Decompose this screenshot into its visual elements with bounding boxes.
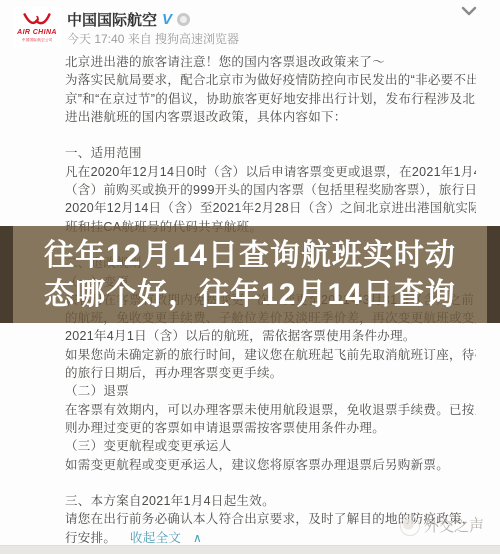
air-china-phoenix-icon <box>22 13 52 29</box>
banner-line-2: 态哪个好，往年12月14日查询 <box>44 275 456 314</box>
post-text-line: （含）前购买或换开的999开头的国内客票（包括里程奖励客票），旅行日期为 <box>65 181 476 199</box>
overlay-title-banner: 往年12月14日查询航班实时动 态哪个好，往年12月14日查询 <box>0 226 500 323</box>
avatar[interactable]: AIR CHINA 中国国际航空公司 <box>13 7 61 47</box>
post-text-line: 的旅行日期后，再办理客票变更手续。 <box>65 364 476 382</box>
banner-line-1: 往年12月14日查询航班实时动 <box>44 236 456 275</box>
verified-badge-icon[interactable]: V <box>162 11 172 28</box>
bottom-divider <box>0 545 500 554</box>
post-text-line: 三、本方案自2021年1月4日起生效。 <box>65 492 476 510</box>
post-text-line: 进出港航班的国内客票退改政策，具体内容如下： <box>65 108 476 126</box>
post-text-line: 一、适用范围 <box>65 144 476 162</box>
post-text-line <box>65 474 476 492</box>
post-text-line: 2020年12月14日（含）至2021年2月28日（含）之间北京进出港国航实际承… <box>65 199 476 217</box>
post-text-line: 京”和“在京过节”的倡议，协助旅客更好地安排出行计划，发布行程涉及北京国航 <box>65 90 476 108</box>
post-text-line <box>65 126 476 144</box>
name-row: 中国国际航空 V <box>67 9 190 30</box>
collapse-caret-icon[interactable]: ∧ <box>193 531 202 545</box>
post-text-line: （三）变更航程或变更承运人 <box>65 437 476 455</box>
post-last-line-text: 行安排。 <box>65 531 116 545</box>
watermark-text: 外交之声 <box>424 515 484 536</box>
post-header: AIR CHINA 中国国际航空公司 中国国际航空 V 今天 17:40 来自 … <box>0 0 500 50</box>
post-text-line: 北京进出港的旅客请注意！您的国内客票退改政策来了～ <box>65 53 476 71</box>
collapse-full-text-link[interactable]: 收起全文 <box>130 531 181 545</box>
post-text-line: 则办理过变更的客票如申请退票需按客票使用条件办理。 <box>65 419 476 437</box>
weibo-post-screen: AIR CHINA 中国国际航空公司 中国国际航空 V 今天 17:40 来自 … <box>0 0 500 554</box>
timestamp: 今天 17:40 来自 搜狗高速浏览器 <box>67 30 239 47</box>
post-text-line: 如需变更航程或变更承运人，建议您将原客票办理退票后另购新票。 <box>65 456 476 474</box>
post-text-line: 为落实民航局要求，配合北京市为做好疫情防控向市民发出的“非必要不出 <box>65 71 476 89</box>
post-text-line: 凡在2020年12月14日0时（含）以后申请客票变更或退票，在2021年1月4日 <box>65 163 476 181</box>
post-text-line: 如果您尚未确定新的旅行时间，建议您在航班起飞前先取消航班订座，待确定新 <box>65 346 476 364</box>
logo-text: AIR CHINA <box>17 29 57 37</box>
account-name[interactable]: 中国国际航空 <box>67 9 157 30</box>
post-text-line: （二）退票 <box>65 382 476 400</box>
post-text-line: 2021年4月1日（含）以后的航班，需依据客票使用条件办理。 <box>65 327 476 345</box>
post-text-line: 在客票有效期内，可以办理客票未使用航段退票，免收退票手续费。已按上述原 <box>65 401 476 419</box>
member-level-icon <box>177 13 190 26</box>
chevron-down-icon[interactable] <box>460 4 478 23</box>
watermark: 外交之声 <box>400 515 484 536</box>
logo-subtext: 中国国际航空公司 <box>22 37 53 42</box>
watermark-logo-icon <box>400 516 420 536</box>
